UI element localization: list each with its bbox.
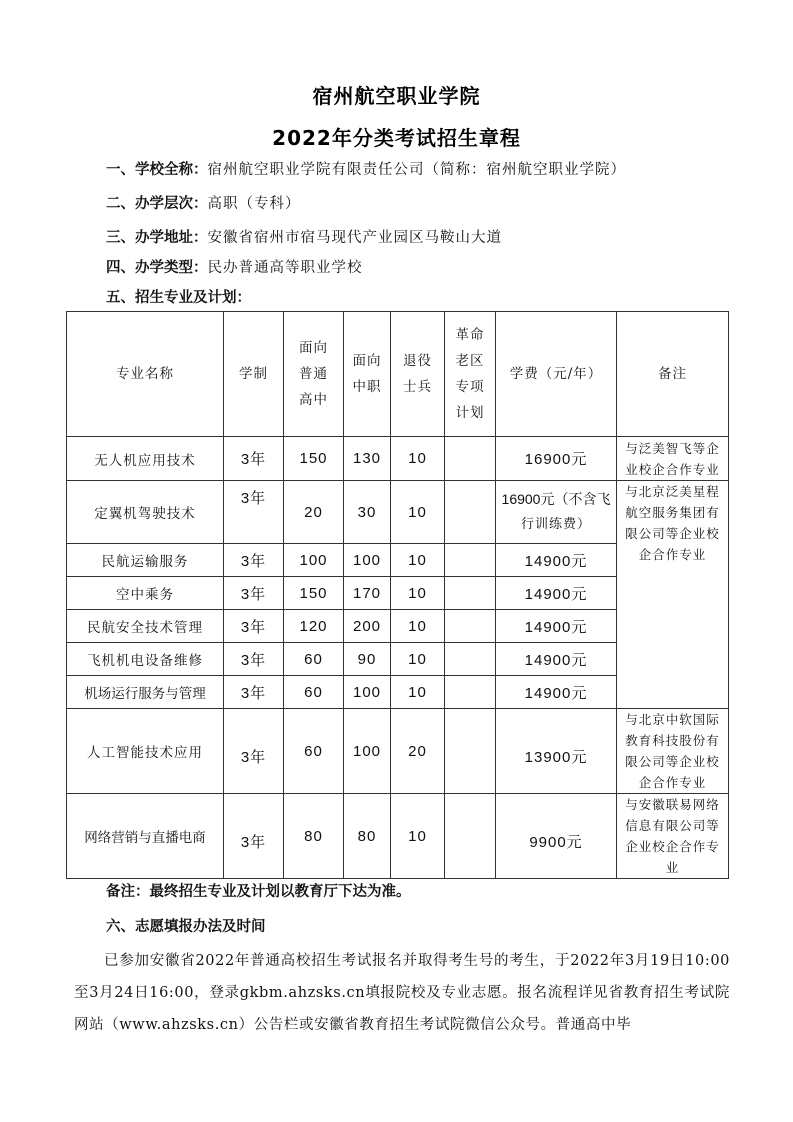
- cell-old-revolutionary: [445, 610, 496, 643]
- table-footnote: 备注：最终招生专业及计划以教育厅下达为准。: [106, 880, 411, 901]
- cell-major: 网络营销与直播电商: [67, 794, 224, 879]
- cell-veterans: 10: [391, 481, 445, 544]
- cell-major: 空中乘务: [67, 577, 224, 610]
- tuition-line: 行训练费）: [496, 512, 616, 538]
- cell-tuition: 16900元（不含飞 行训练费）: [496, 481, 617, 544]
- cell-duration: 3年: [224, 794, 284, 879]
- cell-duration: 3年: [224, 676, 284, 709]
- cell-tuition: 16900元: [496, 437, 617, 481]
- cell-veterans: 10: [391, 643, 445, 676]
- cell-vocational: 100: [344, 544, 391, 577]
- header-line: 面向: [284, 335, 343, 361]
- cell-tuition: 14900元: [496, 643, 617, 676]
- section6-paragraph: 已参加安徽省2022年普通高校招生考试报名并取得考生号的考生，于2022年3月1…: [74, 945, 730, 1041]
- cell-tuition: 14900元: [496, 610, 617, 643]
- section-label: 五、招生专业及计划：: [106, 290, 251, 306]
- header-duration: 学制: [224, 312, 284, 437]
- cell-tuition: 14900元: [496, 544, 617, 577]
- cell-remark: 与北京中软国际教育科技股份有限公司等企业校企合作专业: [617, 709, 729, 794]
- cell-vocational: 200: [344, 610, 391, 643]
- cell-tuition: 14900元: [496, 676, 617, 709]
- header-veterans: 退役 士兵: [391, 312, 445, 437]
- document-subtitle: 2022年分类考试招生章程: [0, 122, 793, 151]
- cell-general-hs: 60: [284, 643, 344, 676]
- enrollment-plan-table: 专业名称 学制 面向 普通 高中 面向 中职 退役 士兵 革命 老区 专项 计划…: [66, 311, 729, 879]
- cell-old-revolutionary: [445, 676, 496, 709]
- cell-duration: 3年: [224, 610, 284, 643]
- cell-general-hs: 150: [284, 577, 344, 610]
- header-old-revolutionary: 革命 老区 专项 计划: [445, 312, 496, 437]
- header-major: 专业名称: [67, 312, 224, 437]
- header-line: 专项: [445, 374, 495, 400]
- section-address: 三、办学地址：安徽省宿州市宿马现代产业园区马鞍山大道: [106, 228, 502, 248]
- cell-vocational: 80: [344, 794, 391, 879]
- cell-tuition: 14900元: [496, 577, 617, 610]
- cell-veterans: 10: [391, 437, 445, 481]
- cell-major: 民航安全技术管理: [67, 610, 224, 643]
- cell-remark: 与安徽联易网络信息有限公司等企业校企合作专业: [617, 794, 729, 879]
- cell-veterans: 10: [391, 794, 445, 879]
- cell-old-revolutionary: [445, 437, 496, 481]
- header-line: 计划: [445, 400, 495, 426]
- section-majors-plan: 五、招生专业及计划：: [106, 288, 251, 308]
- cell-veterans: 10: [391, 577, 445, 610]
- table-row: 网络营销与直播电商 3年 80 80 10 9900元 与安徽联易网络信息有限公…: [67, 794, 729, 879]
- cell-general-hs: 60: [284, 709, 344, 794]
- cell-veterans: 10: [391, 676, 445, 709]
- cell-vocational: 30: [344, 481, 391, 544]
- cell-major: 民航运输服务: [67, 544, 224, 577]
- cell-duration: 3年: [224, 544, 284, 577]
- section-value: 宿州航空职业学院有限责任公司（简称：宿州航空职业学院）: [208, 162, 627, 178]
- header-line: 士兵: [391, 374, 444, 400]
- cell-general-hs: 100: [284, 544, 344, 577]
- cell-duration: 3年: [224, 437, 284, 481]
- cell-vocational: 170: [344, 577, 391, 610]
- header-remark: 备注: [617, 312, 729, 437]
- cell-duration: 3年: [224, 577, 284, 610]
- section-label: 二、办学层次：: [106, 196, 208, 212]
- cell-major: 无人机应用技术: [67, 437, 224, 481]
- cell-tuition: 9900元: [496, 794, 617, 879]
- table-header-row: 专业名称 学制 面向 普通 高中 面向 中职 退役 士兵 革命 老区 专项 计划…: [67, 312, 729, 437]
- cell-general-hs: 20: [284, 481, 344, 544]
- cell-veterans: 10: [391, 610, 445, 643]
- cell-duration: 3年: [224, 481, 284, 544]
- header-line: 老区: [445, 348, 495, 374]
- section-label: 一、学校全称：: [106, 162, 208, 178]
- cell-major: 机场运行服务与管理: [67, 676, 224, 709]
- section-school-name: 一、学校全称：宿州航空职业学院有限责任公司（简称：宿州航空职业学院）: [106, 160, 626, 180]
- header-line: 面向: [344, 348, 390, 374]
- cell-remark: 与北京泛美星程航空服务集团有限公司等企业校企合作专业: [617, 481, 729, 709]
- section-value: 民办普通高等职业学校: [208, 260, 363, 276]
- cell-duration: 3年: [224, 709, 284, 794]
- cell-general-hs: 150: [284, 437, 344, 481]
- header-line: 中职: [344, 374, 390, 400]
- cell-duration: 3年: [224, 643, 284, 676]
- document-title: 宿州航空职业学院: [0, 80, 793, 109]
- header-line: 革命: [445, 322, 495, 348]
- cell-veterans: 10: [391, 544, 445, 577]
- cell-old-revolutionary: [445, 643, 496, 676]
- cell-old-revolutionary: [445, 577, 496, 610]
- cell-vocational: 100: [344, 676, 391, 709]
- header-line: 高中: [284, 387, 343, 413]
- cell-old-revolutionary: [445, 481, 496, 544]
- cell-old-revolutionary: [445, 544, 496, 577]
- cell-major: 飞机机电设备维修: [67, 643, 224, 676]
- section-type: 四、办学类型：民办普通高等职业学校: [106, 258, 363, 278]
- tuition-line: 16900元（不含飞: [496, 486, 616, 512]
- table-row: 人工智能技术应用 3年 60 100 20 13900元 与北京中软国际教育科技…: [67, 709, 729, 794]
- cell-general-hs: 120: [284, 610, 344, 643]
- cell-old-revolutionary: [445, 794, 496, 879]
- cell-vocational: 90: [344, 643, 391, 676]
- header-general-hs: 面向 普通 高中: [284, 312, 344, 437]
- cell-veterans: 20: [391, 709, 445, 794]
- header-vocational: 面向 中职: [344, 312, 391, 437]
- cell-major: 定翼机驾驶技术: [67, 481, 224, 544]
- header-line: 普通: [284, 361, 343, 387]
- cell-vocational: 100: [344, 709, 391, 794]
- section-label: 四、办学类型：: [106, 260, 208, 276]
- cell-general-hs: 80: [284, 794, 344, 879]
- section-label: 三、办学地址：: [106, 230, 208, 246]
- cell-vocational: 130: [344, 437, 391, 481]
- section-level: 二、办学层次：高职（专科）: [106, 194, 301, 214]
- section-value: 高职（专科）: [208, 196, 301, 212]
- section-value: 安徽省宿州市宿马现代产业园区马鞍山大道: [208, 230, 503, 246]
- header-line: 退役: [391, 348, 444, 374]
- cell-major: 人工智能技术应用: [67, 709, 224, 794]
- cell-old-revolutionary: [445, 709, 496, 794]
- table-row: 定翼机驾驶技术 3年 20 30 10 16900元（不含飞 行训练费） 与北京…: [67, 481, 729, 544]
- cell-tuition: 13900元: [496, 709, 617, 794]
- header-tuition: 学费（元/年）: [496, 312, 617, 437]
- section6-title: 六、志愿填报办法及时间: [106, 915, 266, 936]
- cell-general-hs: 60: [284, 676, 344, 709]
- table-row: 无人机应用技术 3年 150 130 10 16900元 与泛美智飞等企业校企合…: [67, 437, 729, 481]
- cell-remark: 与泛美智飞等企业校企合作专业: [617, 437, 729, 481]
